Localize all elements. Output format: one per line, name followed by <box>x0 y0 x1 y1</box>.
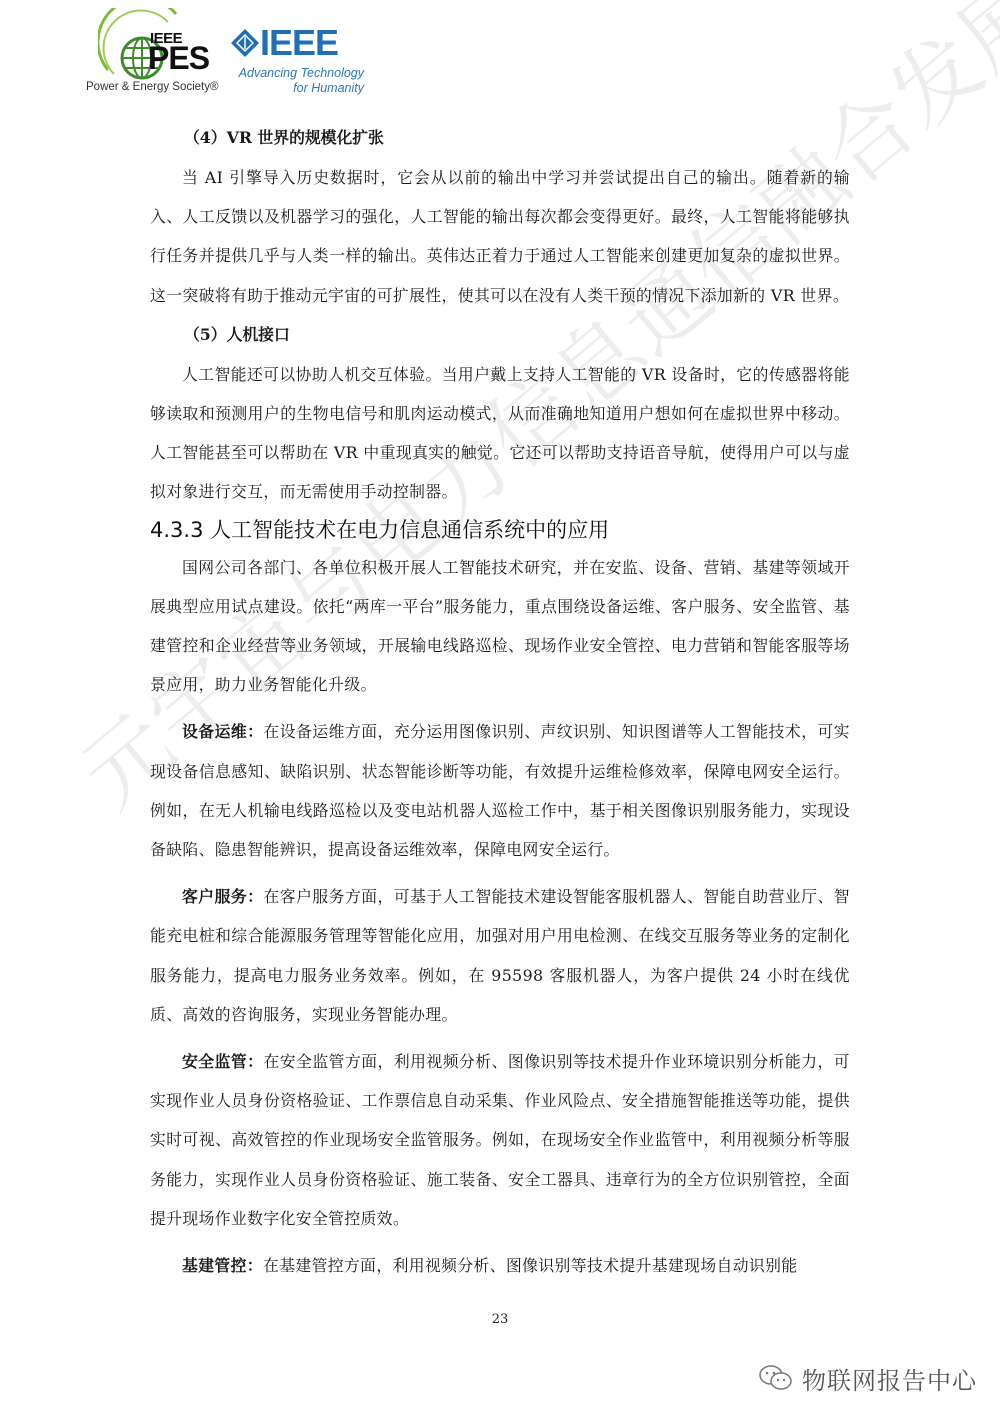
pes-text: PES <box>148 40 209 77</box>
pes-subtitle: Power & Energy Society® <box>86 81 218 93</box>
ieee-tagline: Advancing Technology for Humanity <box>232 66 364 96</box>
ieee-wordmark: IEEE <box>260 22 338 64</box>
subsection-4-title: （4）VR 世界的规模化扩张 <box>150 118 850 158</box>
header-logos: IEEE PES Power & Energy Society® IEEE Ad… <box>84 4 374 100</box>
ieee-diamond-icon <box>230 28 260 58</box>
item-lead: 设备运维： <box>182 722 263 741</box>
item-infrastructure-control: 基建管控：在基建管控方面，利用视频分析、图像识别等技术提升基建现场自动识别能 <box>150 1246 850 1285</box>
subsection-5-paragraph: 人工智能还可以协助人机交互体验。当用户戴上支持人工智能的 VR 设备时，它的传感… <box>150 355 850 512</box>
document-body: （4）VR 世界的规模化扩张 当 AI 引擎导入历史数据时，它会从以前的输出中学… <box>150 118 850 1285</box>
item-lead: 客户服务： <box>182 887 263 906</box>
section-title: 4.3.3 人工智能技术在电力信息通信系统中的应用 <box>150 512 850 548</box>
subsection-4-paragraph: 当 AI 引擎导入历史数据时，它会从以前的输出中学习并尝试提出自己的输出。随着新… <box>150 158 850 315</box>
wechat-icon <box>758 1363 794 1393</box>
item-lead: 基建管控： <box>182 1256 263 1275</box>
item-customer-service: 客户服务：在客户服务方面，可基于人工智能技术建设智能客服机器人、智能自助营业厅、… <box>150 877 850 1034</box>
section-intro-paragraph: 国网公司各部门、各单位积极开展人工智能技术研究，并在安监、设备、营销、基建等领域… <box>150 548 850 705</box>
subsection-5-title: （5）人机接口 <box>150 315 850 355</box>
item-lead: 安全监管： <box>182 1052 263 1071</box>
ieee-pes-logo: IEEE PES Power & Energy Society® <box>84 4 224 100</box>
item-safety-supervision: 安全监管：在安全监管方面，利用视频分析、图像识别等技术提升作业环境识别分析能力，… <box>150 1042 850 1238</box>
item-equipment-maintenance: 设备运维：在设备运维方面，充分运用图像识别、声纹识别、知识图谱等人工智能技术，可… <box>150 712 850 869</box>
page-number: 23 <box>0 1312 1000 1327</box>
wechat-account-name: 物联网报告中心 <box>802 1361 977 1396</box>
wechat-account-badge: 物联网报告中心 <box>758 1358 977 1398</box>
ieee-logo: IEEE Advancing Technology for Humanity <box>230 24 370 100</box>
